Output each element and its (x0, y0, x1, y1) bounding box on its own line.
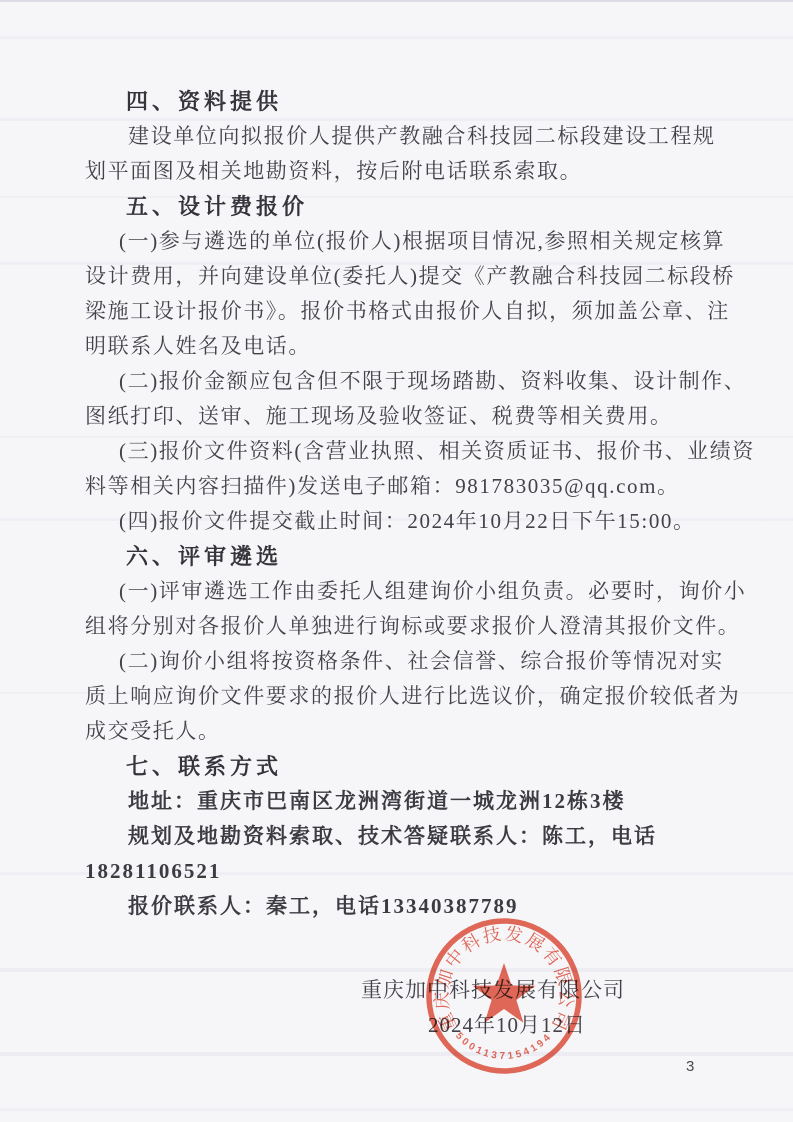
contact-person-line: 规划及地勘资料索取、技术答疑联系人：陈工，电话 (85, 819, 725, 854)
body-line: 划平面图及相关地勘资料，按后附电话联系索取。 (85, 154, 725, 189)
contact-address-line: 地址：重庆市巴南区龙洲湾街道一城龙洲12栋3楼 (85, 784, 725, 819)
section-heading: 七、联系方式 (85, 749, 725, 784)
page-number: 3 (686, 1058, 694, 1075)
contact-quote-line: 报价联系人：秦工，电话13340387789 (85, 889, 725, 924)
body-line: 图纸打印、送审、施工现场及验收签证、税费等相关费用。 (85, 399, 725, 434)
body-line: 料等相关内容扫描件)发送电子邮箱：981783035@qq.com。 (85, 469, 725, 504)
scanned-document-page: 四、资料提供 建设单位向拟报价人提供产教融合科技园二标段建设工程规 划平面图及相… (0, 0, 793, 1122)
body-line: (三)报价文件资料(含营业执照、相关资质证书、报价书、业绩资 (85, 434, 725, 469)
body-line: 组将分别对各报价人单独进行询标或要求报价人澄清其报价文件。 (85, 609, 725, 644)
contact-phone-line: 18281106521 (85, 854, 725, 889)
document-body: 四、资料提供 建设单位向拟报价人提供产教融合科技园二标段建设工程规 划平面图及相… (85, 84, 725, 1043)
body-line: 成交受托人。 (85, 714, 725, 749)
body-line: 建设单位向拟报价人提供产教融合科技园二标段建设工程规 (85, 119, 725, 154)
body-line: 设计费用，并向建设单位(委托人)提交《产教融合科技园二标段桥 (85, 259, 725, 294)
section-heading: 五、设计费报价 (85, 189, 725, 224)
body-line: 质上响应询价文件要求的报价人进行比选议价，确定报价较低者为 (85, 679, 725, 714)
body-line: (二)报价金额应包含但不限于现场踏勘、资料收集、设计制作、 (85, 364, 725, 399)
body-line: (一)参与遴选的单位(报价人)根据项目情况,参照相关规定核算 (85, 224, 725, 259)
section-heading: 四、资料提供 (85, 84, 725, 119)
body-line: 梁施工设计报价书》。报价书格式由报价人自拟，须加盖公章、注 (85, 294, 725, 329)
body-line: (二)询价小组将按资格条件、社会信誉、综合报价等情况对实 (85, 644, 725, 679)
signature-date: 2024年10月12日 (85, 1008, 725, 1043)
body-line: (一)评审遴选工作由委托人组建询价小组负责。必要时，询价小 (85, 574, 725, 609)
section-heading: 六、评审遴选 (85, 539, 725, 574)
body-line: 明联系人姓名及电话。 (85, 329, 725, 364)
body-line: (四)报价文件提交截止时间：2024年10月22日下午15:00。 (85, 504, 725, 539)
signature-company: 重庆加中科技发展有限公司 (85, 973, 725, 1008)
